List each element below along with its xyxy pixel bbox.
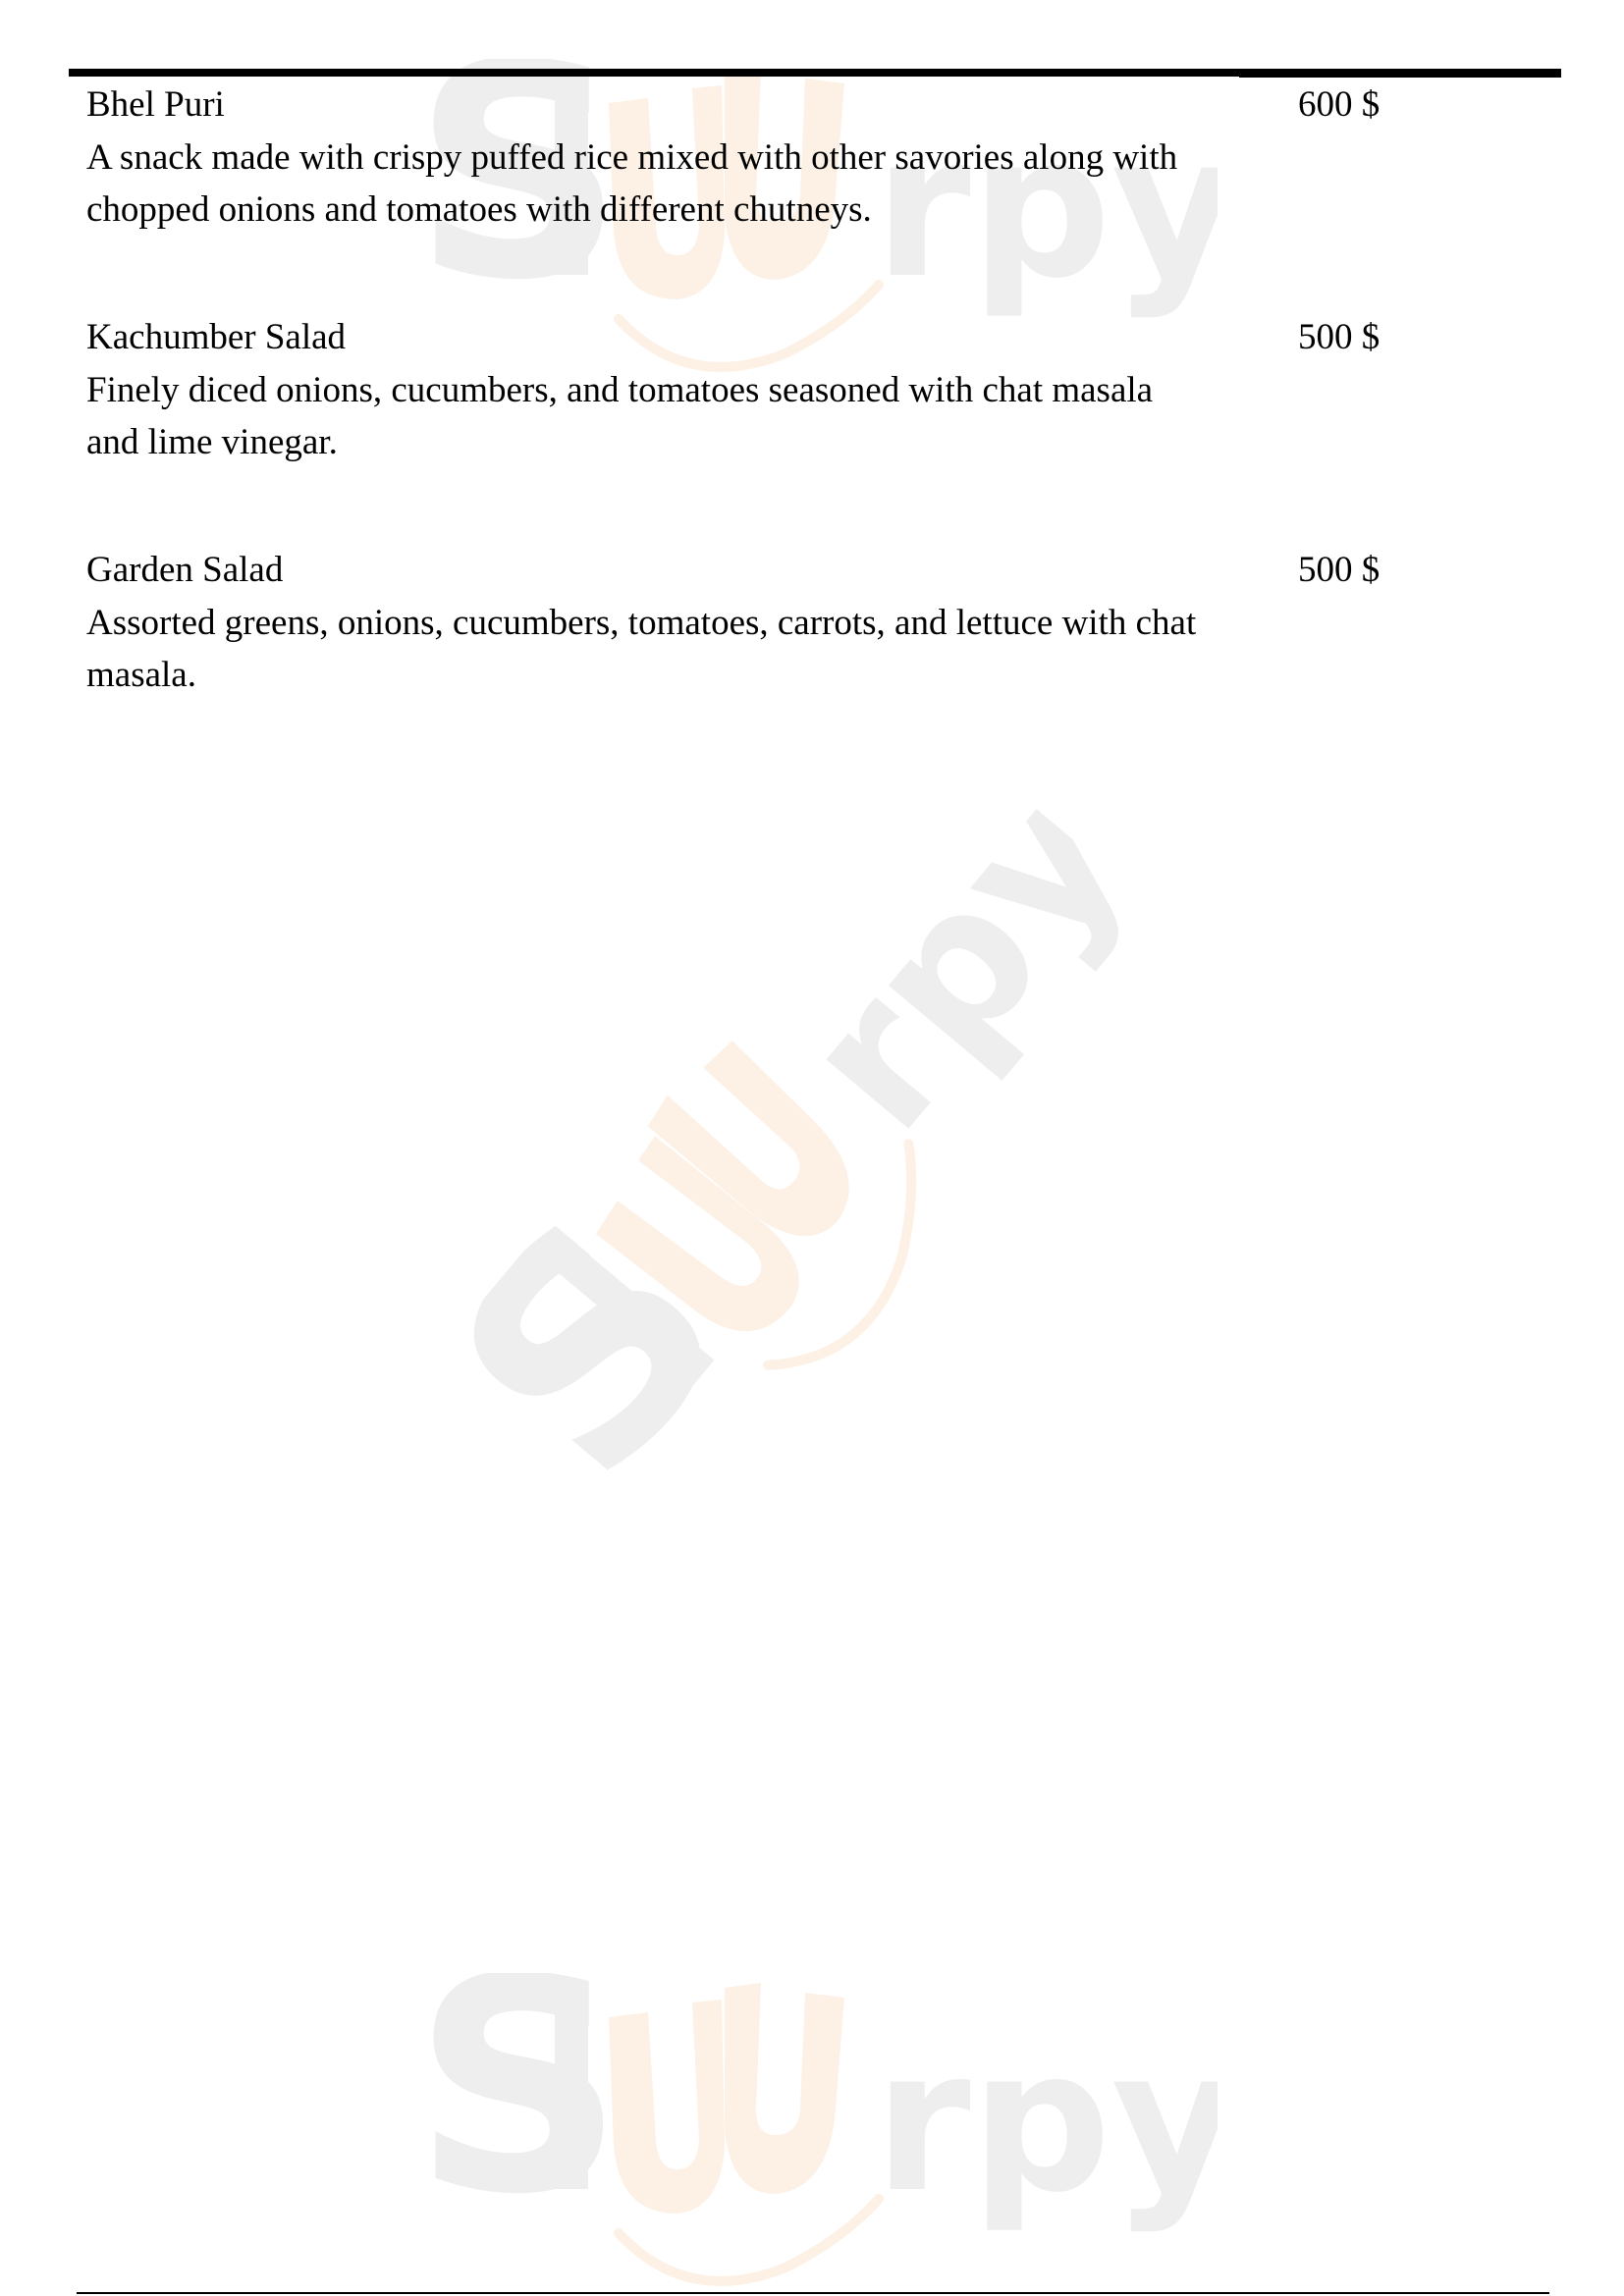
- svg-text:S: S: [412, 1973, 624, 2259]
- menu-item: Kachumber Salad Finely diced onions, cuc…: [86, 313, 1559, 546]
- menu-item-description: Assorted greens, onions, cucumbers, toma…: [86, 597, 1206, 701]
- menu-item-price: 500 $: [1298, 313, 1380, 362]
- top-divider-price-column: [1239, 75, 1561, 78]
- svg-text:rpy: rpy: [759, 745, 1169, 1172]
- sluurpy-logo-icon: S rpy: [436, 739, 1194, 1558]
- menu-item: Garden Salad Assorted greens, onions, cu…: [86, 546, 1559, 778]
- bottom-divider: [77, 2292, 1549, 2294]
- menu-item-name: Garden Salad: [86, 546, 283, 595]
- svg-text:S: S: [436, 1156, 791, 1539]
- menu-item-price: 500 $: [1298, 546, 1380, 595]
- menu-item-description: Finely diced onions, cucumbers, and toma…: [86, 364, 1206, 468]
- sluurpy-watermark-logo-rotated: S rpy: [436, 739, 1194, 1558]
- menu-item-description: A snack made with crispy puffed rice mix…: [86, 132, 1206, 236]
- menu-item-price: 600 $: [1298, 80, 1380, 130]
- menu-item-name: Bhel Puri: [86, 80, 225, 130]
- menu-item: Bhel Puri A snack made with crispy puffe…: [86, 80, 1559, 313]
- svg-text:rpy: rpy: [874, 2007, 1218, 2236]
- sluurpy-watermark-logo: S rpy: [412, 1973, 1218, 2287]
- sluurpy-logo-icon: S rpy: [412, 1973, 1218, 2287]
- menu-list: Bhel Puri A snack made with crispy puffe…: [86, 80, 1559, 778]
- menu-item-name: Kachumber Salad: [86, 313, 346, 362]
